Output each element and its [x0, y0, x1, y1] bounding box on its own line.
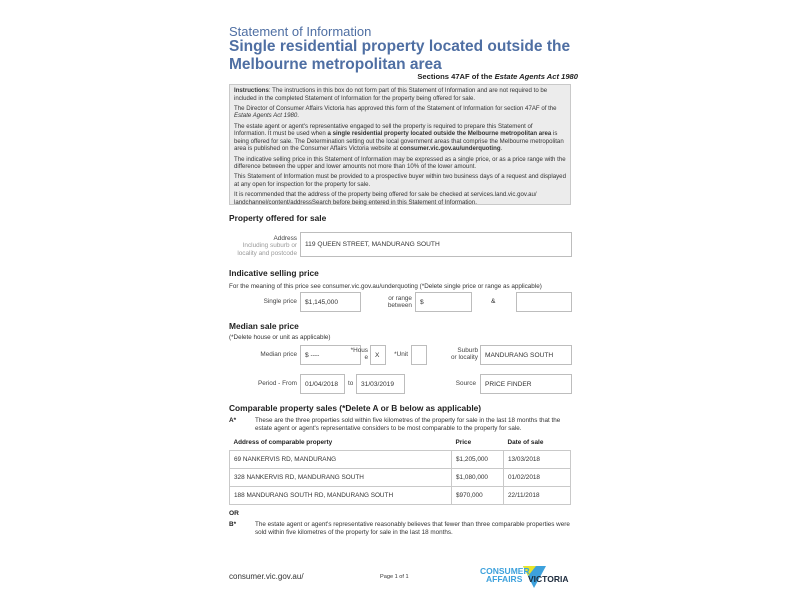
logo-victoria: VICTORIA	[528, 575, 568, 584]
indicative-note: For the meaning of this price see consum…	[229, 283, 542, 290]
act-name: Estate Agents Act 1980	[495, 72, 578, 81]
suburb-field[interactable]: MANDURANG SOUTH	[480, 345, 572, 365]
unit-label: *Unit	[390, 351, 408, 358]
column-header-price: Price	[452, 434, 504, 451]
house-checkbox[interactable]: X	[370, 345, 386, 365]
column-header-address: Address of comparable property	[230, 434, 452, 451]
house-label: *Hous e	[344, 347, 368, 362]
single-price-field[interactable]: $1,145,000	[300, 292, 361, 312]
title-line-1: Single residential property located outs…	[229, 38, 589, 56]
form-subtitle: Statement of Information	[229, 24, 371, 39]
source-field[interactable]: PRICE FINDER	[480, 374, 572, 394]
option-b-marker: B*	[229, 521, 236, 528]
comparable-date[interactable]: 22/11/2018	[504, 487, 571, 505]
comparable-heading: Comparable property sales (*Delete A or …	[229, 403, 481, 413]
table-header-row: Address of comparable property Price Dat…	[230, 434, 571, 451]
page-number: Page 1 of 1	[380, 574, 409, 580]
comparable-sales-table: Address of comparable property Price Dat…	[229, 434, 571, 505]
table-row: 69 NANKERVIS RD, MANDURANG $1,205,000 13…	[230, 451, 571, 469]
form-title: Single residential property located outs…	[229, 38, 589, 74]
indicative-heading: Indicative selling price	[229, 268, 319, 278]
median-price-label: Median price	[229, 351, 297, 358]
period-from-label: Period - From	[229, 380, 297, 387]
comparable-price[interactable]: $1,080,000	[452, 469, 504, 487]
address-field[interactable]: 119 QUEEN STREET, MANDURANG SOUTH	[300, 232, 572, 257]
range-high-field[interactable]	[516, 292, 572, 312]
comparable-date[interactable]: 13/03/2018	[504, 451, 571, 469]
median-note: (*Delete house or unit as applicable)	[229, 334, 331, 341]
period-to-field[interactable]: 31/03/2019	[356, 374, 405, 394]
property-heading: Property offered for sale	[229, 213, 326, 223]
legislation-reference: Sections 47AF of the Estate Agents Act 1…	[417, 72, 578, 81]
or-separator: OR	[229, 510, 239, 517]
consumer-affairs-victoria-logo: CONSUMER AFFAIRS VICTORIA	[478, 562, 578, 592]
comparable-address[interactable]: 69 NANKERVIS RD, MANDURANG	[230, 451, 452, 469]
source-label: Source	[440, 380, 476, 387]
table-row: 328 NANKERVIS RD, MANDURANG SOUTH $1,080…	[230, 469, 571, 487]
option-a-marker: A*	[229, 417, 236, 424]
footer-url[interactable]: consumer.vic.gov.au/	[229, 572, 304, 581]
median-heading: Median sale price	[229, 321, 299, 331]
range-low-field[interactable]: $	[415, 292, 472, 312]
comparable-address[interactable]: 328 NANKERVIS RD, MANDURANG SOUTH	[230, 469, 452, 487]
comparable-address[interactable]: 188 MANDURANG SOUTH RD, MANDURANG SOUTH	[230, 487, 452, 505]
comparable-price[interactable]: $1,205,000	[452, 451, 504, 469]
instructions-box: Instructions: The instructions in this b…	[229, 84, 571, 205]
comparable-price[interactable]: $970,000	[452, 487, 504, 505]
period-to-label: to	[348, 380, 353, 387]
option-b-text: The estate agent or agent's representati…	[255, 521, 570, 536]
comparable-date[interactable]: 01/02/2018	[504, 469, 571, 487]
suburb-label: Suburb or locality	[440, 347, 478, 362]
single-price-label: Single price	[229, 298, 297, 305]
table-row: 188 MANDURANG SOUTH RD, MANDURANG SOUTH …	[230, 487, 571, 505]
period-from-field[interactable]: 01/04/2018	[300, 374, 345, 394]
option-a-text: These are the three properties sold with…	[255, 417, 570, 432]
unit-checkbox[interactable]	[411, 345, 427, 365]
range-label: or range between	[370, 295, 412, 310]
address-label: Address Including suburb or locality and…	[229, 235, 297, 257]
column-header-date: Date of sale	[504, 434, 571, 451]
logo-affairs: AFFAIRS	[486, 575, 522, 584]
underquoting-link[interactable]: consumer.vic.gov.au/underquoting	[400, 145, 501, 152]
range-and-label: &	[491, 298, 495, 305]
